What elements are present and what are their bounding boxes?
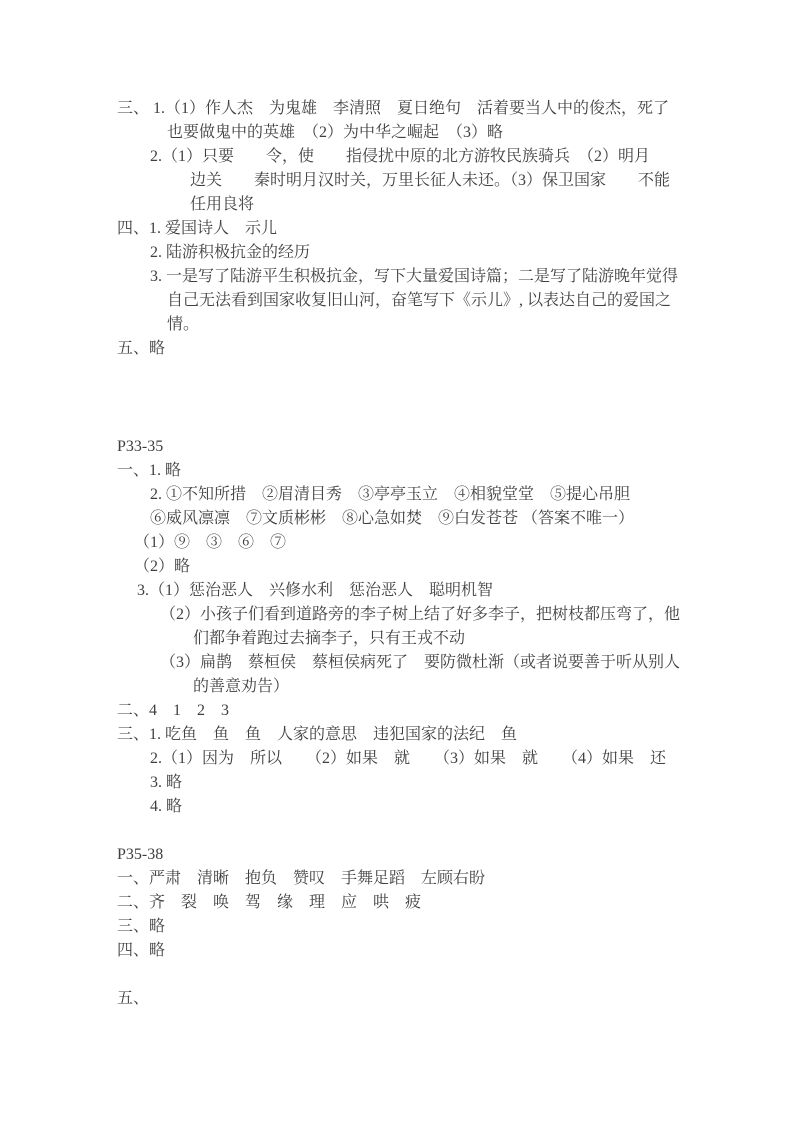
text-line: 五、略 [0,337,800,361]
text-line: 4. 略 [0,795,800,819]
text-line: 四、略 [0,939,800,963]
answers-section-p30: 三、 1.（1）作人杰 为鬼雄 李清照 夏日绝句 活着要当人中的俊杰，死了也要做… [0,97,800,361]
text-line: （1）⑨ ③ ⑥ ⑦ [0,531,800,555]
text-line: 边关 秦时明月汉时关，万里长征人未还。（3）保卫国家 不能 [0,169,800,193]
text-line: 2. 陆游积极抗金的经历 [0,241,800,265]
document-body: 三、 1.（1）作人杰 为鬼雄 李清照 夏日绝句 活着要当人中的俊杰，死了也要做… [0,0,800,1011]
text-line: 2.（1）因为 所以 （2）如果 就 （3）如果 就 （4）如果 还 [0,747,800,771]
text-line: （3）扁鹊 蔡桓侯 蔡桓侯病死了 要防微杜渐（或者说要善于听从别人 [0,651,800,675]
text-line: 三、1. 吃鱼 鱼 鱼 人家的意思 违犯国家的法纪 鱼 [0,723,800,747]
text-line: 们都争着跑过去摘李子，只有王戎不动 [0,627,800,651]
text-line: 二、齐 裂 唤 驾 缘 理 应 哄 疲 [0,891,800,915]
answer-key-page: 三、 1.（1）作人杰 为鬼雄 李清照 夏日绝句 活着要当人中的俊杰，死了也要做… [0,0,800,1132]
text-line: 任用良将 [0,193,800,217]
text-line: 三、略 [0,915,800,939]
text-line: 一、1. 略 [0,459,800,483]
text-line: P33-35 [0,435,800,459]
text-line: （2）小孩子们看到道路旁的李子树上结了好多李子，把树枝都压弯了，他 [0,603,800,627]
text-line: 3.（1）惩治恶人 兴修水利 惩治恶人 聪明机智 [0,579,800,603]
text-line: 2.（1）只要 令，使 指侵扰中原的北方游牧民族骑兵 （2）明月 [0,145,800,169]
text-line: （2）略 [0,555,800,579]
text-line: 3. 略 [0,771,800,795]
text-line: ⑥威风凛凛 ⑦文质彬彬 ⑧心急如焚 ⑨白发苍苍 （答案不唯一） [0,507,800,531]
text-line: 2. ①不知所措 ②眉清目秀 ③亭亭玉立 ④相貌堂堂 ⑤提心吊胆 [0,483,800,507]
text-line: 的善意劝告） [0,675,800,699]
text-line: 四、1. 爱国诗人 示儿 [0,217,800,241]
text-line: 情。 [0,313,800,337]
text-line: 也要做鬼中的英雄 （2）为中华之崛起 （3）略 [0,121,800,145]
answers-section-five-trailing: 五、 [0,987,800,1011]
text-line: 二、4 1 2 3 [0,699,800,723]
text-line: 一、严肃 清晰 抱负 赞叹 手舞足蹈 左顾右盼 [0,867,800,891]
text-line: 3. 一是写了陆游平生积极抗金，写下大量爱国诗篇；二是写了陆游晚年觉得 [0,265,800,289]
text-line: 自己无法看到国家收复旧山河，奋笔写下《示儿》, 以表达自己的爱国之 [0,289,800,313]
text-line: P35-38 [0,843,800,867]
answers-section-p33-35: P33-35一、1. 略2. ①不知所措 ②眉清目秀 ③亭亭玉立 ④相貌堂堂 ⑤… [0,435,800,819]
answers-section-p35-38: P35-38一、严肃 清晰 抱负 赞叹 手舞足蹈 左顾右盼二、齐 裂 唤 驾 缘… [0,843,800,963]
text-line: 三、 1.（1）作人杰 为鬼雄 李清照 夏日绝句 活着要当人中的俊杰，死了 [0,97,800,121]
text-line: 五、 [0,987,800,1011]
